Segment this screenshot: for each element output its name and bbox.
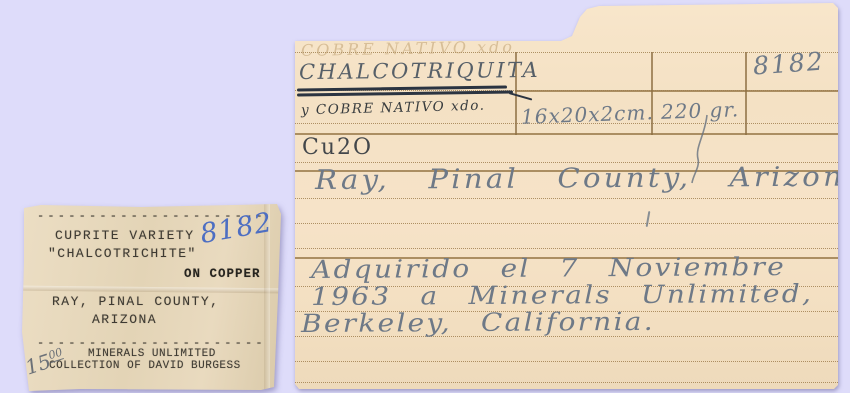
index-card-paper: COBRE NATIVO xdo CHALCOTRIQUITA y COBRE … <box>295 3 838 389</box>
ruled-line <box>295 133 838 135</box>
species-typed-line-2: "CHALCOTRICHITE" <box>48 246 197 261</box>
locality-typed-line-2: ARIZONA <box>92 312 157 327</box>
chemical-formula: Cu2O <box>302 135 373 160</box>
locality-typed-line-1: RAY, PINAL COUNTY, <box>52 294 219 309</box>
index-card: COBRE NATIVO xdo CHALCOTRIQUITA y COBRE … <box>295 3 838 389</box>
species-underline <box>297 90 513 96</box>
scanned-page: COBRE NATIVO xdo CHALCOTRIQUITA y COBRE … <box>0 0 850 393</box>
price-pencil: 1500 <box>22 344 67 379</box>
species-typed-line-1: CUPRITE VARIETY <box>55 228 195 243</box>
ruled-line <box>295 223 838 224</box>
acquisition-line-3: Berkeley, California. <box>301 307 655 338</box>
erased-pencil-text: COBRE NATIVO xdo <box>301 37 515 60</box>
ruled-line <box>295 198 838 199</box>
catalog-number-handwritten: 8182 <box>752 47 825 81</box>
dealer-label-paper: ---------------------- CUPRITE VARIETY 8… <box>21 202 283 392</box>
column-rule <box>745 52 747 135</box>
ruled-line <box>295 361 838 362</box>
species-underline-tail <box>509 92 533 101</box>
paper-crease <box>21 286 283 294</box>
dealer-name: MINERALS UNLIMITED <box>88 348 216 360</box>
ruled-line <box>295 382 838 383</box>
on-copper-stamp: ON COPPER <box>184 267 261 281</box>
species-name-handwritten: CHALCOTRIQUITA <box>299 58 540 84</box>
locality-handwritten: Ray, Pinal County, Arizona. <box>315 161 850 196</box>
ruled-line <box>295 248 838 249</box>
association-handwritten: y COBRE NATIVO xdo. <box>301 98 486 119</box>
collection-name: COLLECTION OF DAVID BURGESS <box>49 360 241 372</box>
comma-stroke <box>646 211 651 227</box>
pen-flourish <box>691 113 713 185</box>
ruled-line <box>515 90 838 92</box>
acquisition-line-2: 1963 a Minerals Unlimited, <box>311 279 813 311</box>
dealer-label: ---------------------- CUPRITE VARIETY 8… <box>21 202 283 392</box>
